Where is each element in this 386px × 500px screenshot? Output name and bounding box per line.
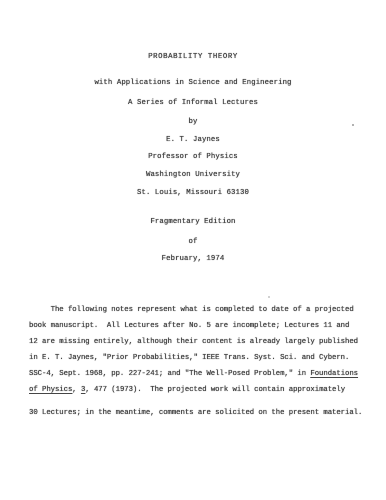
city-line: St. Louis, Missouri 63130 (0, 188, 386, 198)
series-line: A Series of Informal Lectures (0, 98, 386, 108)
title-block: PROBABILITY THEORY with Applications in … (0, 52, 386, 264)
paragraph-line: The following notes represent what is co… (29, 302, 363, 318)
paragraph-text: book manuscript. All Lectures after No. … (29, 322, 349, 330)
document-subtitle: with Applications in Science and Enginee… (0, 78, 386, 88)
paragraph-line: 12 are missing entirely, although their … (29, 334, 363, 350)
paragraph-text: 30 Lectures; in the meantime, comments a… (29, 409, 362, 417)
author-name: E. T. Jaynes (0, 135, 386, 145)
paragraph-line: of Physics, 3, 477 (1973). The projected… (29, 382, 363, 398)
paragraph-text: SSC-4, Sept. 1968, pp. 227-241; and "The… (29, 370, 310, 378)
paragraph-line: 30 Lectures; in the meantime, comments a… (29, 405, 363, 421)
edition-date: February, 1974 (0, 254, 386, 264)
scan-artifact (268, 296, 270, 298)
body-paragraph: The following notes represent what is co… (29, 302, 363, 421)
scan-artifact (352, 124, 354, 126)
paragraph-text: , (72, 386, 81, 394)
edition-line: Fragmentary Edition (0, 217, 386, 227)
paragraph-line: SSC-4, Sept. 1968, pp. 227-241; and "The… (29, 366, 363, 382)
paragraph-text: 12 are missing entirely, although their … (29, 338, 358, 346)
edition-of: of (0, 237, 386, 247)
document-page: PROBABILITY THEORY with Applications in … (0, 0, 386, 500)
underlined-citation-text: of Physics (29, 386, 72, 394)
institution: Washington University (0, 170, 386, 180)
paragraph-line: in E. T. Jaynes, "Prior Probabilities," … (29, 350, 363, 366)
document-title: PROBABILITY THEORY (0, 52, 386, 62)
author-title: Professor of Physics (0, 152, 386, 162)
paragraph-text: , 477 (1973). The projected work will co… (85, 386, 345, 394)
underlined-citation-text: Foundations (310, 370, 358, 378)
paragraph-text: in E. T. Jaynes, "Prior Probabilities," … (29, 354, 349, 362)
byline: by (0, 117, 386, 127)
paragraph-line: book manuscript. All Lectures after No. … (29, 318, 363, 334)
paragraph-text: The following notes represent what is co… (29, 306, 354, 314)
